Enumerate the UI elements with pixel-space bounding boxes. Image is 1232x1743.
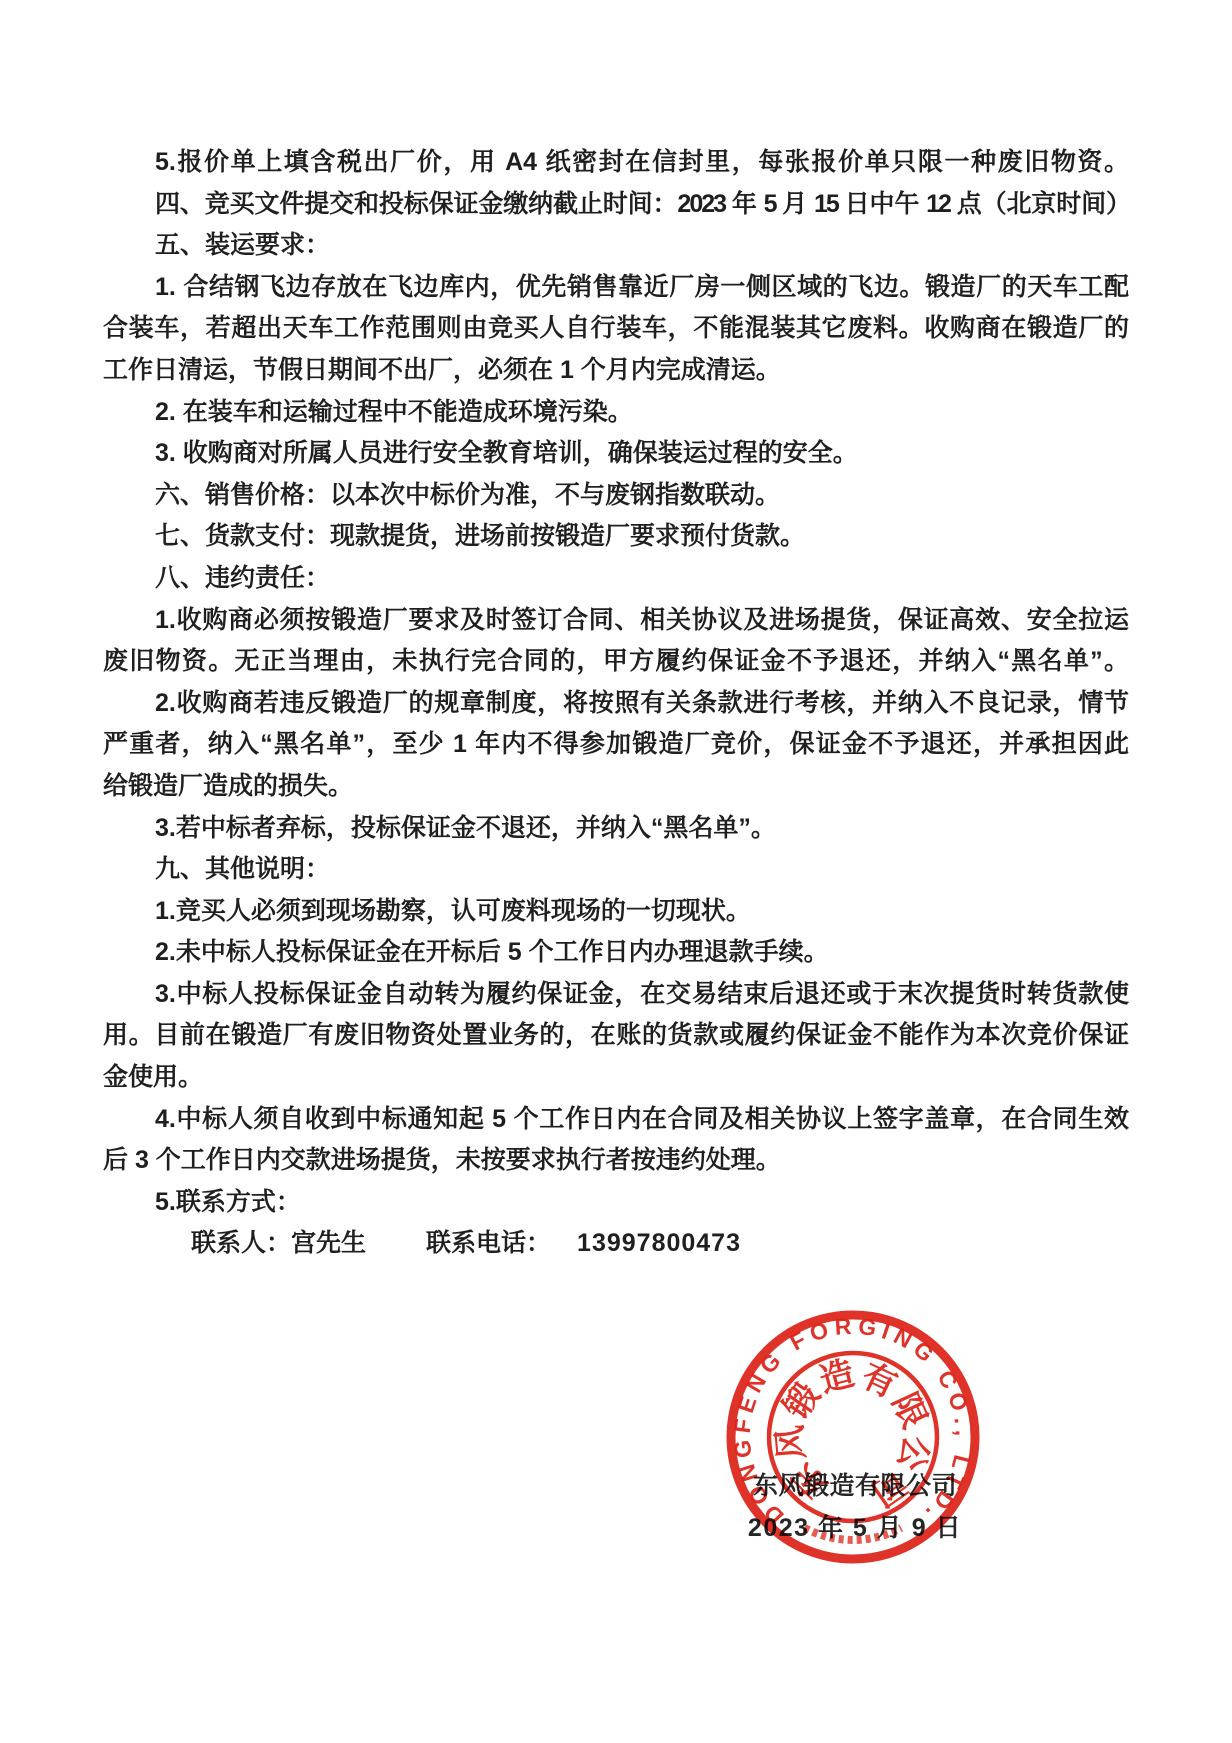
seal-cn-char: 公 [890, 1432, 936, 1475]
seal-cn-char: 司 [864, 1462, 914, 1513]
doc-line: 1.竞买人必须到现场勘察，认可废料现场的一切现状。 [103, 891, 1129, 933]
doc-line: 用。目前在锻造厂有废旧物资处置业务的，在账的货款或履约保证金不能作为本次竞价保证 [103, 1015, 1129, 1057]
document-body: 5.报价单上填含税出厂价，用 A4 纸密封在信封里，每张报价单只限一种废旧物资。… [103, 142, 1129, 1265]
doc-line: 废旧物资。无正当理由，未执行完合同的，甲方履约保证金不予退还，并纳入“黑名单”。 [103, 641, 1129, 683]
doc-line: 5.联系方式： [103, 1182, 1129, 1224]
doc-line: 2. 在装车和运输过程中不能造成环境污染。 [103, 392, 1129, 434]
doc-line: 2.未中标人投标保证金在开标后 5 个工作日内办理退款手续。 [103, 932, 1129, 974]
doc-line: 3.若中标者弃标，投标保证金不退还，并纳入“黑名单”。 [103, 808, 1129, 850]
contact-person-name: 宫先生 [291, 1229, 366, 1257]
doc-line: 2.收购商若违反锻造厂的规章制度，将按照有关条款进行考核，并纳入不良记录，情节 [103, 683, 1129, 725]
seal-cn-char: 锻 [776, 1376, 827, 1426]
doc-line: 4.中标人须自收到中标通知起 5 个工作日内在合同及相关协议上签字盖章，在合同生… [103, 1099, 1129, 1141]
document-page: 5.报价单上填含税出厂价，用 A4 纸密封在信封里，每张报价单只限一种废旧物资。… [0, 0, 1232, 1743]
doc-line: 工作日清运，节假日期间不出厂，必须在 1 个月内完成清运。 [103, 350, 1129, 392]
doc-line: 四、竞买文件提交和投标保证金缴纳截止时间：2023 年 5 月 15 日中午 1… [103, 184, 1129, 226]
doc-line: 给锻造厂造成的损失。 [103, 766, 1129, 808]
doc-line: 1.收购商必须按锻造厂要求及时签订合同、相关协议及进场提货，保证高效、安全拉运 [103, 600, 1129, 642]
contact-phone-label: 联系电话： [426, 1229, 551, 1257]
doc-line: 后 3 个工作日内交款进场提货，未按要求执行者按违约处理。 [103, 1140, 1129, 1182]
doc-line: 合装车，若超出天车工作范围则由竞买人自行装车，不能混装其它废料。收购商在锻造厂的 [103, 308, 1129, 350]
contact-phone-number: 13997800473 [577, 1229, 741, 1257]
doc-line: 3. 收购商对所属人员进行安全教育培训，确保装运过程的安全。 [103, 433, 1129, 475]
doc-line: 1. 合结钢飞边存放在飞边库内，优先销售靠近厂房一侧区域的飞边。锻造厂的天车工配 [103, 267, 1129, 309]
doc-line: 5.报价单上填含税出厂价，用 A4 纸密封在信封里，每张报价单只限一种废旧物资。 [103, 142, 1129, 184]
doc-line: 七、货款支付：现款提货，进场前按锻造厂要求预付货款。 [103, 516, 1129, 558]
doc-line: 八、违约责任： [103, 558, 1129, 600]
company-seal: DONGFENG FORGING CO., LTD. 东 风 锻 造 有 限 公… [700, 1290, 1010, 1600]
doc-line: 五、装运要求： [103, 225, 1129, 267]
seal-cn-char: 风 [771, 1424, 812, 1461]
contact-line: 联系人：宫先生联系电话：13997800473 [103, 1223, 1129, 1265]
doc-line: 六、销售价格：以本次中标价为准，不与废钢指数联动。 [103, 475, 1129, 517]
seal-cn-char: 东 [784, 1455, 835, 1506]
seal-serial-marks [805, 1528, 902, 1540]
doc-line: 严重者，纳入“黑名单”，至少 1 年内不得参加锻造厂竞价，保证金不予退还，并承担… [103, 724, 1129, 766]
doc-line: 九、其他说明： [103, 849, 1129, 891]
contact-person-label: 联系人： [191, 1229, 291, 1257]
seal-cn-char: 造 [816, 1354, 859, 1400]
doc-line: 金使用。 [103, 1057, 1129, 1099]
doc-line: 3.中标人投标保证金自动转为履约保证金，在交易结束后退还或于末次提货时转货款使 [103, 974, 1129, 1016]
